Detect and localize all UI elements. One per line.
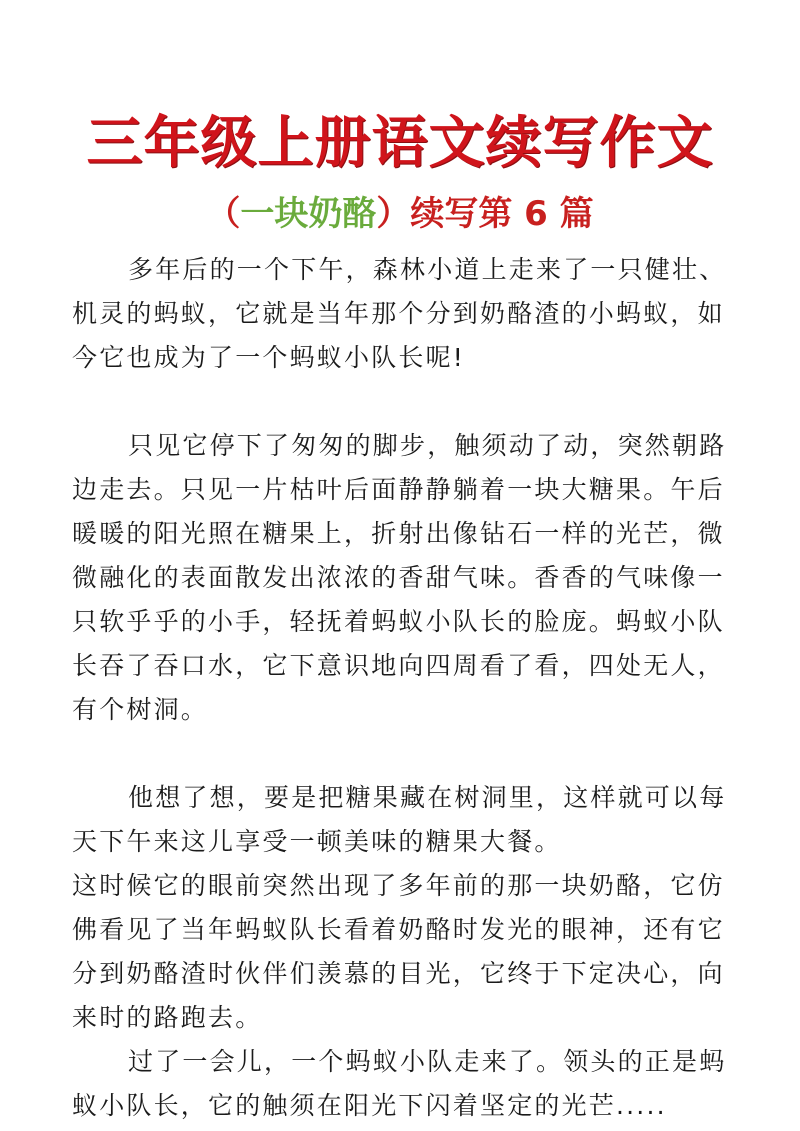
paragraph-2: 只见它停下了匆匆的脚步，触须动了动，突然朝路边走去。只见一片枯叶后面静静躺着一块… bbox=[72, 424, 732, 732]
paragraph-5: 过了一会儿，一个蚂蚁小队走来了。领头的正是蚂蚁小队长，它的触须在阳光下闪着坚定的… bbox=[72, 1040, 732, 1128]
subtitle-close-paren: ） bbox=[376, 194, 410, 234]
essay-body: 多年后的一个下午，森林小道上走来了一只健壮、机灵的蚂蚁，它就是当年那个分到奶酪渣… bbox=[72, 248, 732, 1128]
paragraph-spacer bbox=[72, 380, 732, 424]
paragraph-spacer bbox=[72, 732, 732, 776]
subtitle-episode: 续写第 6 篇 bbox=[410, 194, 593, 234]
paragraph-3: 他想了想，要是把糖果藏在树洞里，这样就可以每天下午来这儿享受一顿美味的糖果大餐。 bbox=[72, 776, 732, 864]
page-subtitle: （一块奶酪）续写第 6 篇 bbox=[0, 190, 800, 238]
page-title: 三年级上册语文续写作文 bbox=[0, 108, 800, 180]
subtitle-open-paren: （ bbox=[206, 194, 240, 234]
paragraph-4: 这时候它的眼前突然出现了多年前的那一块奶酪，它仿佛看见了当年蚂蚁队长看着奶酪时发… bbox=[72, 864, 732, 1040]
paragraph-1: 多年后的一个下午，森林小道上走来了一只健壮、机灵的蚂蚁，它就是当年那个分到奶酪渣… bbox=[72, 248, 732, 380]
document-page: 三年级上册语文续写作文 （一块奶酪）续写第 6 篇 多年后的一个下午，森林小道上… bbox=[0, 0, 800, 1131]
subtitle-story-name: 一块奶酪 bbox=[240, 194, 376, 234]
